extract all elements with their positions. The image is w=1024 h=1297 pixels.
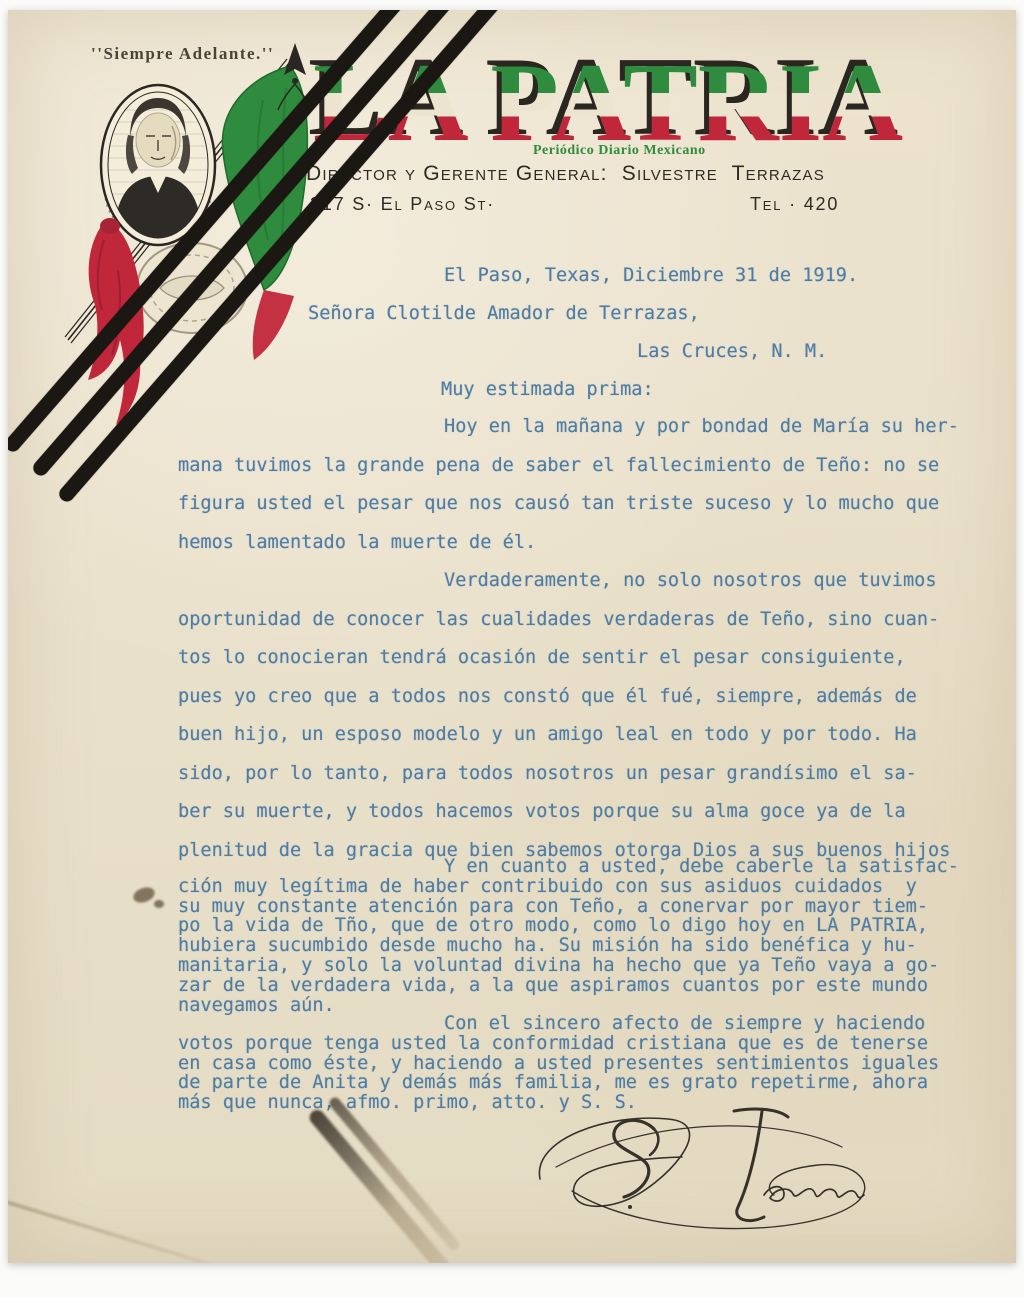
ink-smear-light [327,1095,461,1252]
typed-line: oportunidad de conocer las cualidades ve… [178,610,988,649]
masthead-tagline: Periódico Diario Mexicano [533,143,706,159]
recipient-name: Señora Clotilde Amador de Terrazas, [308,304,700,323]
typed-line: manitaria, y solo la voluntad divina ha … [178,956,988,976]
ink-blot [131,885,156,906]
letter-paragraph-2: Verdaderamente, no solo nosotros que tuv… [178,571,988,879]
letter-paragraph-1: Hoy en la mañana y por bondad de María s… [178,417,988,571]
typed-line: zar de la verdadera vida, a la que aspir… [178,976,988,996]
signature-handwriting [512,1095,892,1245]
telephone-number: Tel · 420 [750,194,839,215]
ink-smear [307,1107,455,1263]
typed-line: ción muy legítima de haber contribuido c… [178,877,988,897]
typed-line: hubiera sucumbido desde mucho ha. Su mis… [178,936,988,956]
typed-line: hemos lamentado la muerte de él. [178,533,988,572]
letter-paragraph-3: Y en cuanto a usted, debe caberle la sat… [178,857,988,1015]
typed-line: Con el sincero afecto de siempre y hacie… [178,1014,988,1034]
typed-line: figura usted el pesar que nos causó tan … [178,494,988,533]
typed-line: Y en cuanto a usted, debe caberle la sat… [178,857,988,877]
recipient-city: Las Cruces, N. M. [637,342,827,361]
typed-line: mana tuvimos la grande pena de saber el … [178,456,988,495]
typed-line: Verdaderamente, no solo nosotros que tuv… [178,571,988,610]
letter-paper: ''Siempre Adelante.'' LA PATRIA LA PATRI… [8,10,1016,1263]
typed-line: tos lo conocieran tendrá ocasión de sent… [178,648,988,687]
typed-line: Hoy en la mañana y por bondad de María s… [178,417,988,456]
director-line: Director y Gerente General: Silvestre Te… [306,162,825,186]
paper-crease [8,1200,230,1263]
typed-line: po la vida de Tño, que de otro modo, com… [178,916,988,936]
typed-line: votos porque tenga usted la conformidad … [178,1034,988,1054]
typed-line: en casa como éste, y haciendo a usted pr… [178,1054,988,1074]
typed-line: de parte de Anita y demás más familia, m… [178,1073,988,1093]
ink-blot-small [154,900,164,908]
salutation: Muy estimada prima: [441,380,654,399]
typed-line: pues yo creo que a todos nos constó que … [178,687,988,726]
typed-line: ber su muerte, y todos hacemos votos por… [178,802,988,841]
street-address: 317 S· El Paso St· [310,194,495,215]
typed-line: buen hijo, un esposo modelo y un amigo l… [178,725,988,764]
typed-line: sido, por lo tanto, para todos nosotros … [178,764,988,803]
dateline: El Paso, Texas, Diciembre 31 de 1919. [444,266,858,285]
typed-line: su muy constante atención para con Teño,… [178,897,988,917]
